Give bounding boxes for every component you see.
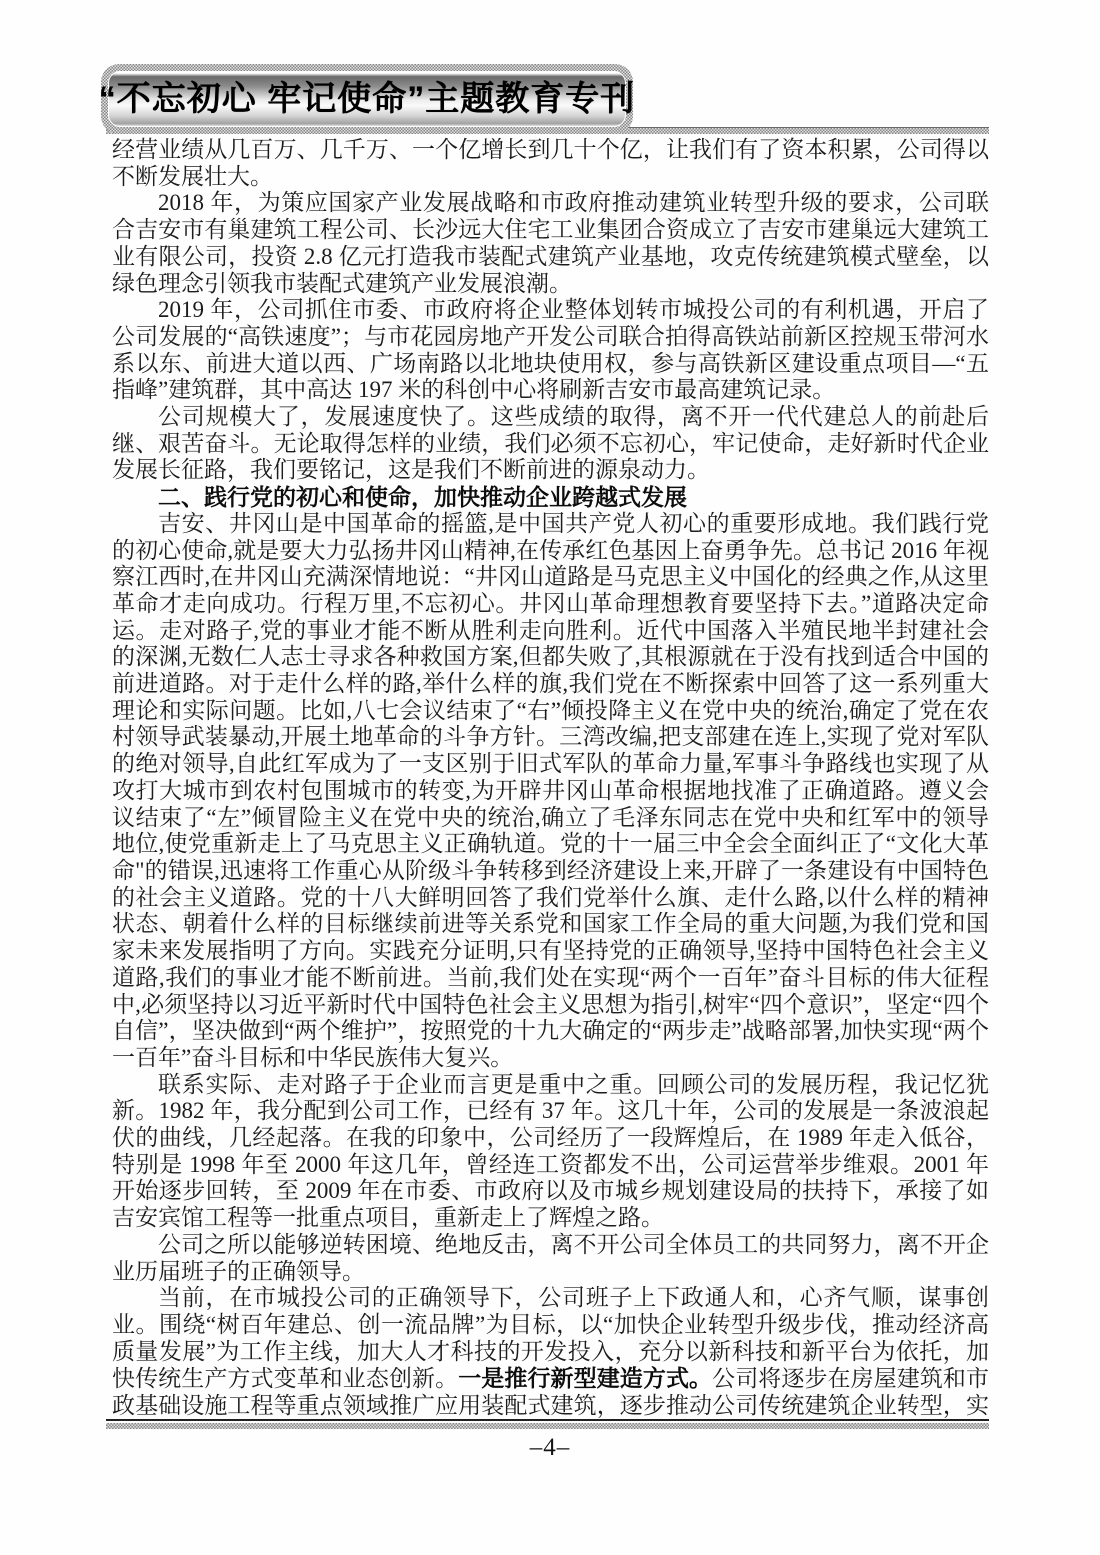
document-page: “不忘初心 牢记使命”主题教育专刊 经营业绩从几百万、几千万、一个亿增长到几十个… [0,0,1100,1555]
paragraph-current: 当前，在市城投公司的正确领导下，公司班子上下政通人和，心齐气顺，谋事创业。围绕“… [112,1285,989,1421]
section-heading-2: 二、践行党的初心和使命，加快推动企业跨越式发展 [112,484,989,511]
text-run: 二、践行党的初心和使命，加快推动企业跨越式发展 [158,484,687,510]
text-run: 公司之所以能够逆转困境、绝地反击，离不开公司全体员工的共同努力，离不开企业历届班… [112,1232,989,1284]
paragraph-continued: 经营业绩从几百万、几千万、一个亿增长到几十个亿，让我们有了资本积累，公司得以不断… [112,137,989,190]
footer-rule-hatch [106,1423,989,1429]
page-number: –4– [0,1434,1100,1462]
header-banner-face: “不忘初心 牢记使命”主题教育专刊 [108,71,626,127]
paragraph-jinggangshan: 吉安、井冈山是中国革命的摇篮,是中国共产党人初心的重要形成地。我们践行党的初心使… [112,511,989,1072]
text-run: 公司规模大了，发展速度快了。这些成绩的取得，离不开一代代建总人的前赴后继、艰苦奋… [112,404,989,482]
text-run: 经营业绩从几百万、几千万、一个亿增长到几十个亿，让我们有了资本积累，公司得以不断… [112,137,989,189]
footer-rule [106,1419,989,1429]
text-run: 吉安、井冈山是中国革命的摇篮,是中国共产党人初心的重要形成地。我们践行党的初心使… [112,511,989,1070]
text-run: 2019 年，公司抓住市委、市政府将企业整体划转市城投公司的有利机遇，开启了公司… [112,297,989,402]
paragraph-scale: 公司规模大了，发展速度快了。这些成绩的取得，离不开一代代建总人的前赴后继、艰苦奋… [112,404,989,484]
header-banner: “不忘初心 牢记使命”主题教育专刊 [101,64,633,134]
paragraph-2018: 2018 年，为策应国家产业发展战略和市政府推动建筑业转型升级的要求，公司联合吉… [112,190,989,297]
document-body: 经营业绩从几百万、几千万、一个亿增长到几十个亿，让我们有了资本积累，公司得以不断… [112,137,989,1421]
bold-text-run: 一是推行新型建造方式。 [458,1365,712,1391]
paragraph-history: 联系实际、走对路子于企业而言更是重中之重。回顾公司的发展历程，我记忆犹新。198… [112,1072,989,1232]
text-run: 联系实际、走对路子于企业而言更是重中之重。回顾公司的发展历程，我记忆犹新。198… [112,1072,989,1231]
text-run: 2018 年，为策应国家产业发展战略和市政府推动建筑业转型升级的要求，公司联合吉… [112,190,989,295]
paragraph-2019: 2019 年，公司抓住市委、市政府将企业整体划转市城投公司的有利机遇，开启了公司… [112,297,989,404]
paragraph-reversal: 公司之所以能够逆转困境、绝地反击，离不开公司全体员工的共同努力，离不开企业历届班… [112,1232,989,1285]
publication-title: “不忘初心 牢记使命”主题教育专刊 [99,82,635,116]
